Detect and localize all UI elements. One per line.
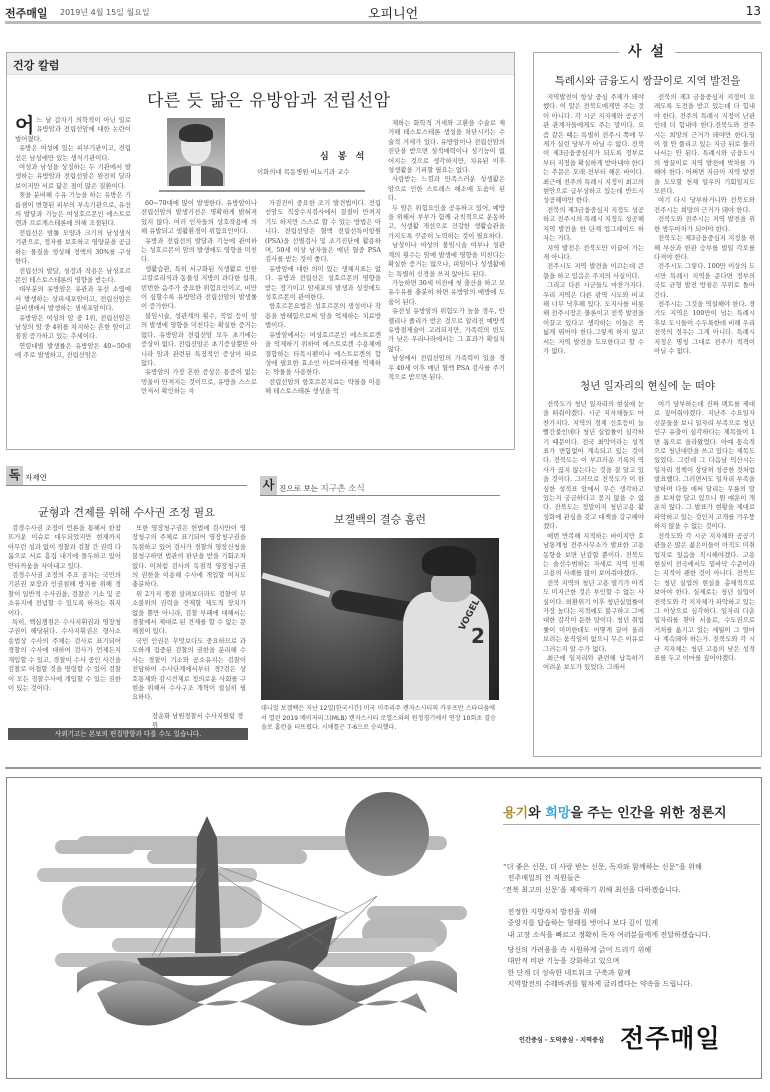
article-column-4: 제하는 화학적 거세와 고환을 수술로 제거해 테스토스테론 생성을 차단시키는… (388, 119, 505, 382)
photo-news: 사 진으로 보는 지구촌 소식 보겔백의 결승 홈런 VOGEL 2 대니얼 보… (260, 476, 500, 746)
article-column-1: 어느 날 갑자기 의학적이 아닌 일로 유방암과 전립선암에 대한 논란이 벌어… (15, 116, 131, 361)
section-divider (5, 767, 761, 769)
dropcap: 어 (15, 116, 34, 134)
bat-shape (262, 572, 331, 597)
health-column-label: 건강 칼럼 (13, 57, 59, 73)
ad-paragraph-1: “더 좋은 신문, 더 사랑 받는 신문, 독자와 함께하는 신문”을 위해 전… (503, 861, 702, 895)
paper-name: 전주매일 (5, 5, 48, 21)
house-ad: 용기와 희망을 주는 인간을 위한 정론지 “더 좋은 신문, 더 사랑 받는 … (6, 777, 762, 1079)
reader-column-col-1: 검경수사권 조정이 언론을 통해서 한참 뜨거운 이슈로 대두되었지만 현재까지… (8, 524, 121, 693)
ad-slogan: 용기와 희망을 주는 인간을 위한 정론지 (503, 802, 727, 821)
reader-column-header: 독 자제언 (6, 466, 247, 486)
editorial-2-column-2: 여기 당부하는데 진짜 팩트를 제대로 짚어줘야겠다. 지난주 수요일자 신문들… (654, 400, 755, 663)
jersey-number: 2 (471, 624, 485, 648)
helmet-shape (422, 546, 476, 576)
photo-news-header: 사 진으로 보는 지구촌 소식 (260, 476, 500, 496)
article-column-3: 가검진이 중요한 조기 발견법이다. 전립선암도 직장수지검사에서 결절이 만져… (265, 199, 381, 397)
ad-paragraph-2: 진정한 지방자치 발전을 위해 중앙지를 답습하는 형태를 벗어나 보다 깊이 … (503, 906, 711, 940)
editorial-1-column-2: 전북의 제3 금융중심지 지정이 오래도록 도전을 받고 있는데 더 힘내야 한… (654, 93, 755, 356)
masthead: 전주매일 2019년 4월 15일 월요일 오피니언 13 (5, 0, 761, 22)
article-column-2: 60~70대에 많이 발생한다. 유방암이나 전립선암의 발생기전은 명확하게 … (141, 199, 257, 397)
photo-news-title: 보겔백의 결승 홈런 (260, 511, 500, 527)
issue-date: 2019년 4월 15일 월요일 (60, 7, 150, 18)
ad-logo: 전주매일 (620, 1019, 721, 1055)
author-name: 심 봉 석 (320, 149, 367, 162)
editorial-title-1: 특례시와 금융도시 쌍끌이로 지역 발전을 (534, 73, 761, 88)
page-number: 13 (746, 4, 761, 18)
photo-news-label-initial: 사 (260, 476, 277, 495)
health-column: 건강 칼럼 다른 듯 닮은 유방암과 전립선암 심 봉 석 이화의대 목동병원 … (6, 52, 515, 450)
reader-column: 독 자제언 균형과 견제를 위해 수사권 조정 필요 검경수사권 조정이 언론을… (6, 466, 247, 756)
editorial-2-column-1: 전북도가 청년 일자리의 현실에 눈을 떠줘야겠다. 시군 지자체들도 마찬가지… (543, 400, 644, 673)
reader-column-col-2: 또한 영장청구권은 헌법에 검사만이 영장청구의 주체로 표기되어 영장청구권을… (132, 524, 246, 703)
reader-column-byline: 장운화 남원경찰서 수사지원팀 경위 (152, 711, 247, 729)
editorial-label: 사 설 (619, 41, 675, 61)
article-title: 다른 듯 닮은 유방암과 전립선암 (147, 86, 391, 111)
photo-news-label: 진으로 보는 지구촌 소식 (279, 482, 365, 494)
photo-caption: 대니얼 보겔백은 지난 12일(한국시간) 미국 미주리주 캔자스시티의 카우프… (261, 704, 499, 733)
editorial-1-column-1: 지역발전이 항상 중심 주제가 돼야 했다. 이 말은 전북도에게만 주는 것이… (543, 93, 644, 356)
ship-illustration (7, 788, 477, 1073)
author-title: 이화의대 목동병원 비뇨기과 교수 (257, 167, 350, 176)
reader-column-title: 균형과 견제를 위해 수사권 조정 필요 (6, 504, 247, 520)
reader-column-label-initial: 독 (6, 466, 23, 485)
ad-motto: 인간중심 · 도덕중심 · 지역중심 (519, 1035, 604, 1044)
editorial-title-2: 청년 일자리의 현실에 눈 떠야 (534, 378, 761, 393)
health-column-header: 건강 칼럼 (7, 53, 514, 75)
contribution-disclaimer: 사외기고는 본보의 편집방향과 다를 수도 있습니다. (8, 728, 248, 740)
author-photo (167, 118, 225, 186)
section-title: 오피니언 (368, 3, 418, 22)
ad-paragraph-3: 당신의 가려움을 속 시원하게 긁어 드리기 위해 대안적 비판 기능을 강화하… (503, 944, 692, 990)
editorial-box: 사 설 특례시와 금융도시 쌍끌이로 지역 발전을 지역발전이 항상 중심 주제… (533, 52, 762, 757)
divider (503, 824, 760, 825)
reader-column-label: 자제언 (25, 472, 47, 483)
masthead-rule (5, 21, 761, 24)
baseball-photo: VOGEL 2 (261, 538, 499, 700)
divider (159, 190, 365, 192)
